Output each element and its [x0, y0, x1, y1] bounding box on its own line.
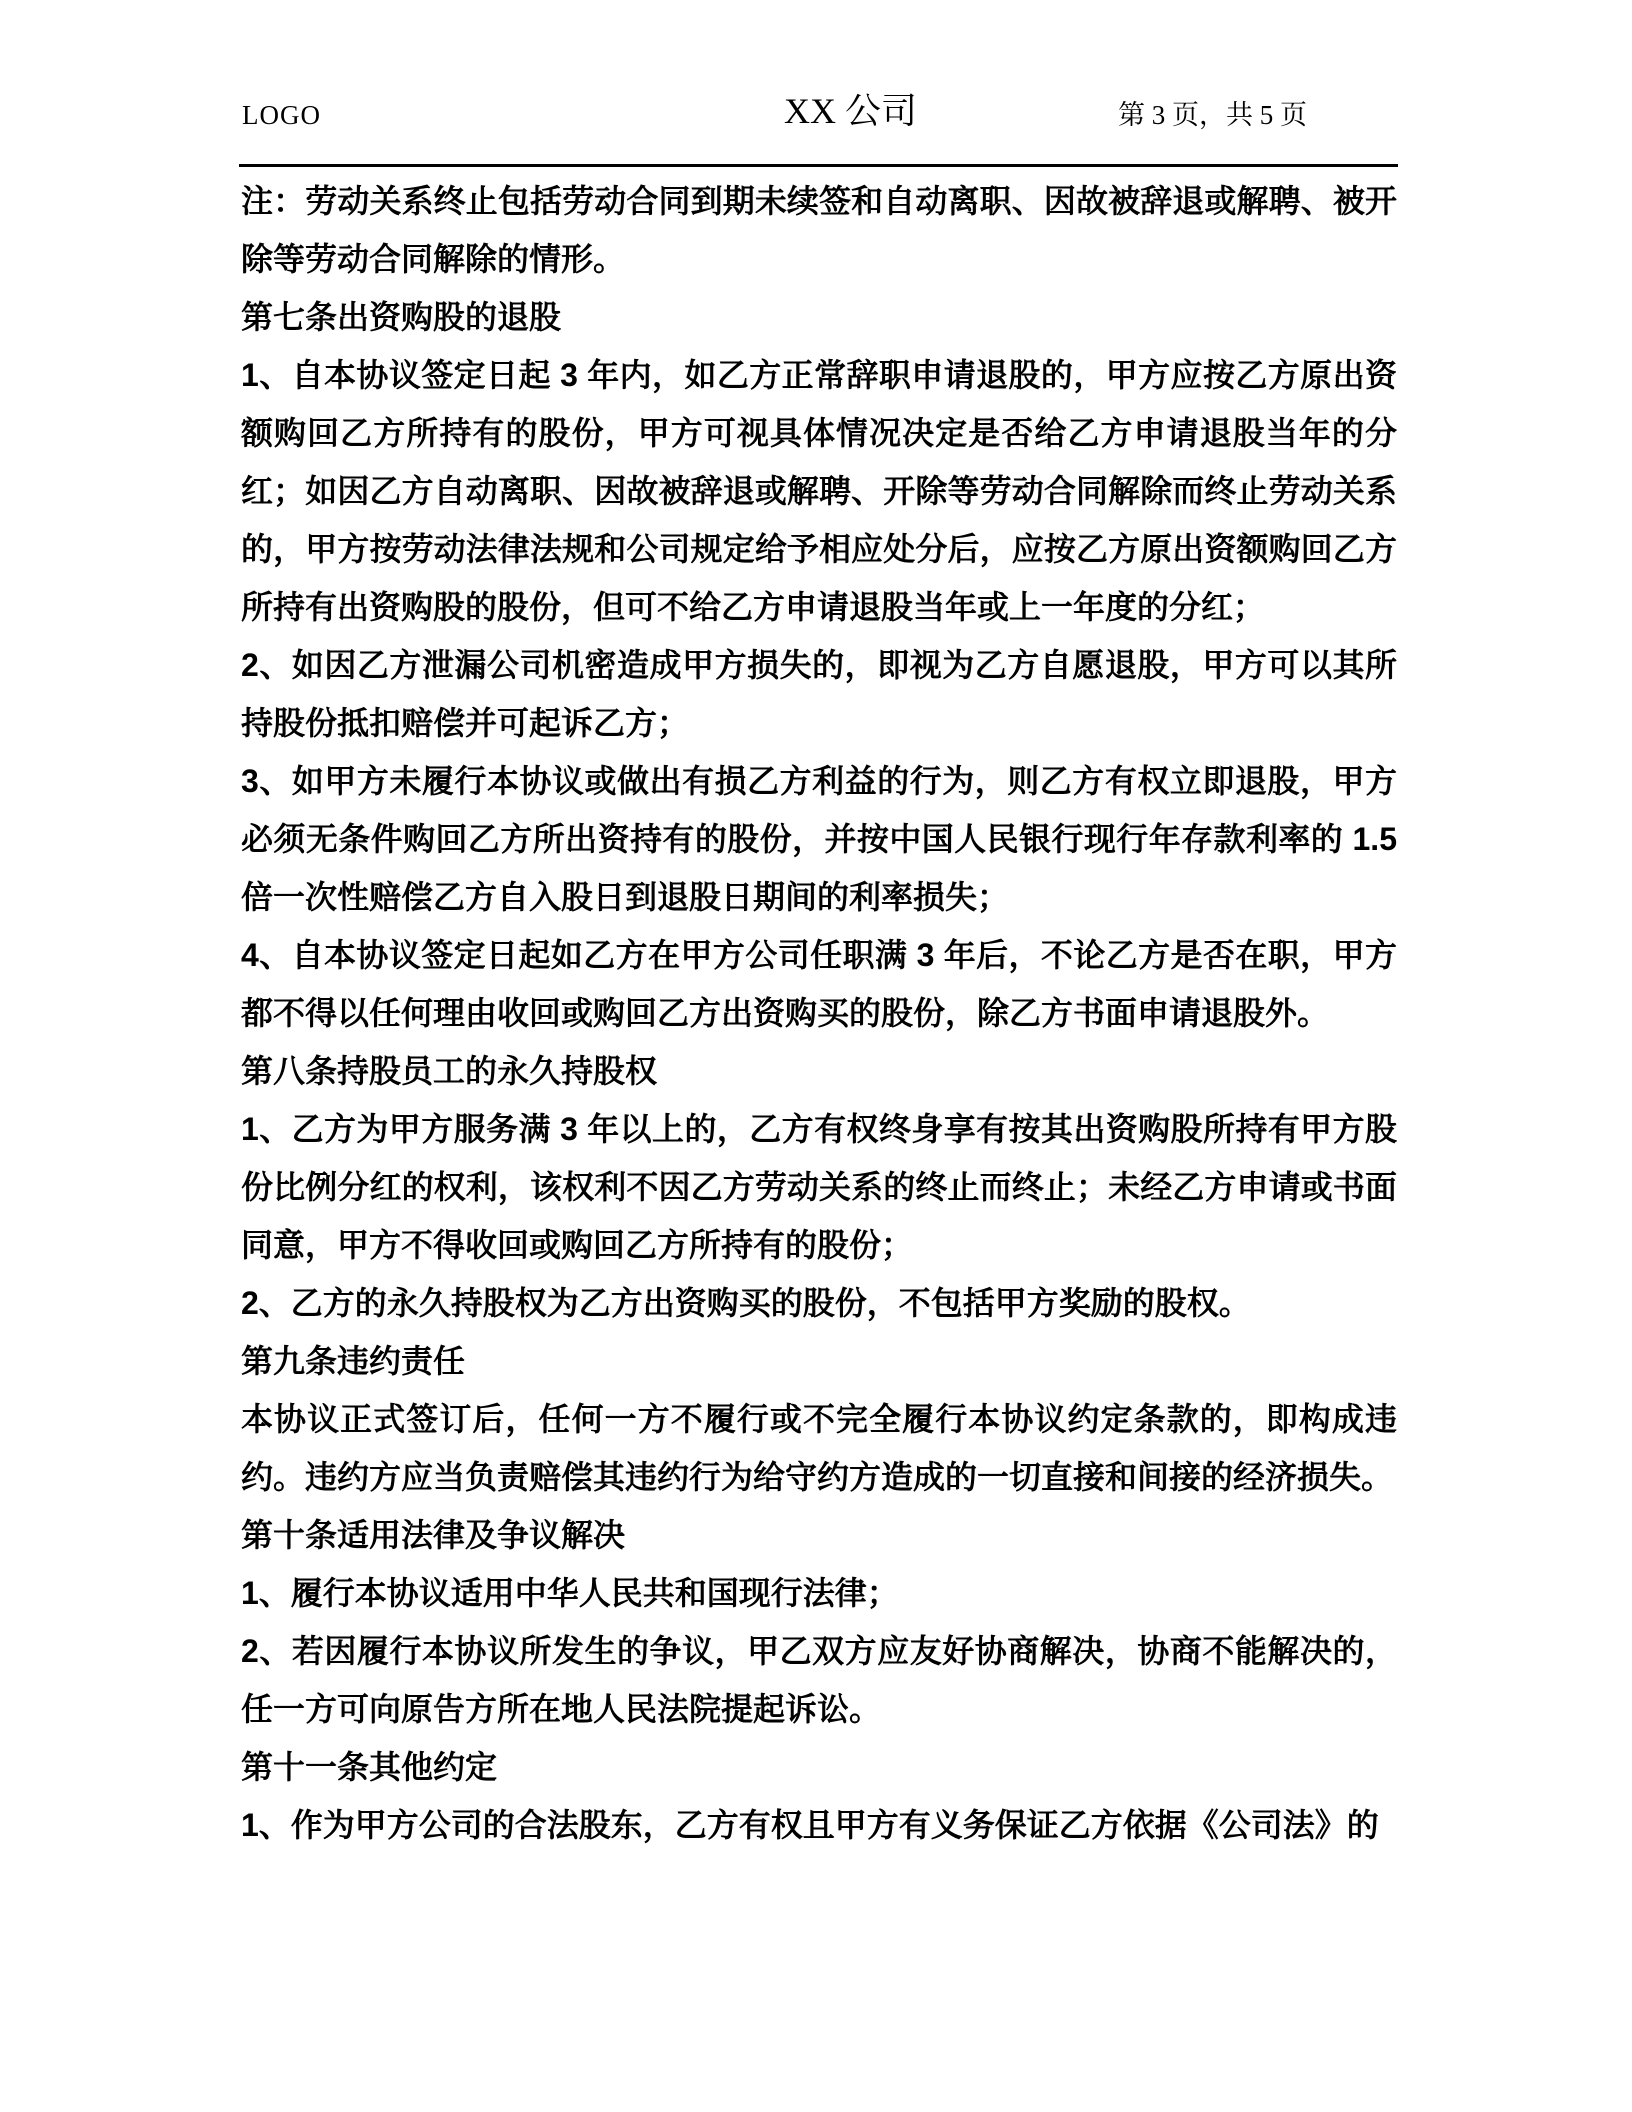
article-11-clause-1: 1、作为甲方公司的合法股东，乙方有权且甲方有义务保证乙方依据《公司法》的	[241, 1796, 1397, 1854]
article-9-body: 本协议正式签订后，任何一方不履行或不完全履行本协议约定条款的，即构成违约。违约方…	[241, 1390, 1397, 1506]
article-10-heading: 第十条适用法律及争议解决	[241, 1506, 1397, 1564]
article-8-heading: 第八条持股员工的永久持股权	[241, 1042, 1397, 1100]
article-7-clause-3: 3、如甲方未履行本协议或做出有损乙方利益的行为，则乙方有权立即退股，甲方必须无条…	[241, 752, 1397, 926]
article-7-clause-2: 2、如因乙方泄漏公司机密造成甲方损失的，即视为乙方自愿退股，甲方可以其所持股份抵…	[241, 636, 1397, 752]
article-8-clause-2: 2、乙方的永久持股权为乙方出资购买的股份，不包括甲方奖励的股权。	[241, 1274, 1397, 1332]
article-10-clause-1: 1、履行本协议适用中华人民共和国现行法律；	[241, 1564, 1397, 1622]
article-10-clause-2: 2、若因履行本协议所发生的争议，甲乙双方应友好协商解决，协商不能解决的，任一方可…	[241, 1622, 1397, 1738]
header-company-title: XX 公司	[784, 92, 917, 130]
article-9-heading: 第九条违约责任	[241, 1332, 1397, 1390]
article-8-clause-1: 1、乙方为甲方服务满 3 年以上的，乙方有权终身享有按其出资购股所持有甲方股份比…	[241, 1100, 1397, 1274]
article-11-heading: 第十一条其他约定	[241, 1738, 1397, 1796]
document-page: LOGO XX 公司 第 3 页，共 5 页 注：劳动关系终止包括劳动合同到期未…	[0, 0, 1632, 2112]
article-7-clause-4: 4、自本协议签定日起如乙方在甲方公司任职满 3 年后，不论乙方是否在职，甲方都不…	[241, 926, 1397, 1042]
document-body: 注：劳动关系终止包括劳动合同到期未续签和自动离职、因故被辞退或解聘、被开除等劳动…	[241, 172, 1397, 1854]
header-logo-text: LOGO	[242, 102, 321, 129]
header-rule	[239, 164, 1398, 167]
article-7-heading: 第七条出资购股的退股	[241, 288, 1397, 346]
note-paragraph: 注：劳动关系终止包括劳动合同到期未续签和自动离职、因故被辞退或解聘、被开除等劳动…	[241, 172, 1397, 288]
header-page-indicator: 第 3 页，共 5 页	[1118, 100, 1307, 130]
article-7-clause-1: 1、自本协议签定日起 3 年内，如乙方正常辞职申请退股的，甲方应按乙方原出资额购…	[241, 346, 1397, 636]
